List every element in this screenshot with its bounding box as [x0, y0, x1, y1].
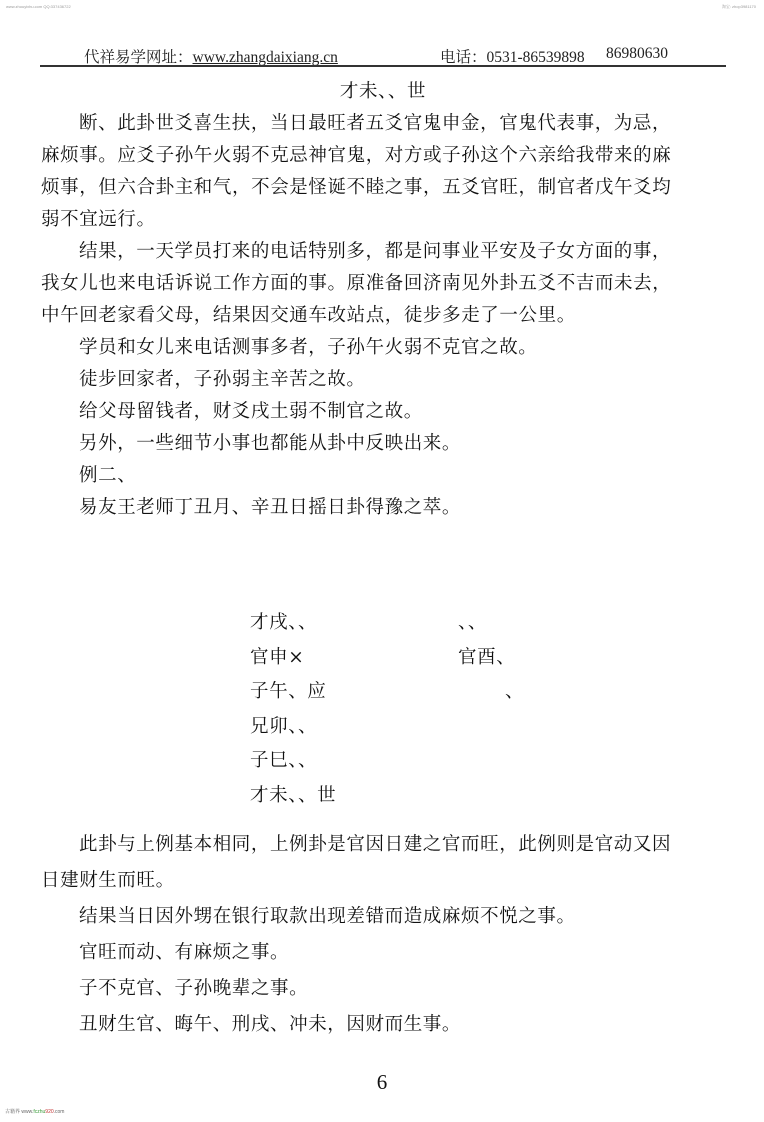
paragraph-line: 另外，一些细节小事也都能从卦中反映出来。 — [41, 428, 725, 460]
hexagram-line: 才未、、世 — [250, 779, 570, 814]
site-url-link[interactable]: www.zhangdaixiang.cn — [193, 49, 338, 66]
hexagram-line: 子午、应、 — [250, 675, 570, 710]
watermark-suffix: .com — [54, 1109, 65, 1115]
paragraph-line: 日建财生而旺。 — [41, 863, 725, 899]
paragraph-line: 弱不宜远行。 — [41, 204, 725, 236]
paragraph-line: 中午回老家看父母，结果因交通车改站点，徒步多走了一公里。 — [41, 300, 725, 332]
watermark-top-right: 淘宝: zhop3981170 — [722, 4, 756, 10]
hexagram-line: 子巳、、 — [250, 744, 570, 779]
hexagram-original-yao: 才戌、、 — [250, 612, 317, 633]
watermark-bottom-left: 古籍界 www.fczhu920.com — [5, 1108, 64, 1115]
paragraph-line: 我女儿也来电话诉说工作方面的事。原准备回济南见外卦五爻不吉而未去， — [41, 268, 725, 300]
hexagram-original-yao: 才未、、世 — [250, 785, 336, 806]
hexagram-original-yao: 子午、应 — [250, 681, 326, 702]
paragraph-line: 断、此卦世爻喜生扶，当日最旺者五爻官鬼申金，官鬼代表事，为忌， — [41, 108, 725, 140]
site-info: 代祥易学网址：www.zhangdaixiang.cn — [84, 45, 338, 67]
paragraph-line: 此卦与上例基本相同，上例卦是官因日建之官而旺，此例则是官动又因 — [41, 827, 725, 863]
phone-primary: 电话：0531-86539898 — [440, 45, 585, 67]
hexagram-original-yao: 官申× — [250, 647, 304, 668]
document-body-bottom: 此卦与上例基本相同，上例卦是官因日建之官而旺，此例则是官动又因日建财生而旺。结果… — [41, 827, 725, 1043]
paragraph-line: 给父母留钱者，财爻戌土弱不制官之故。 — [41, 396, 725, 428]
hexagram-line: 才戌、、、、 — [250, 606, 570, 641]
paragraph-line: 学员和女儿来电话测事多者，子孙午火弱不克官之故。 — [41, 332, 725, 364]
hexagram-line: 兄卯、、 — [250, 710, 570, 745]
page-header: 代祥易学网址：www.zhangdaixiang.cn 电话：0531-8653… — [40, 40, 724, 66]
document-body-top: 才未、、世断、此卦世爻喜生扶，当日最旺者五爻官鬼申金，官鬼代表事，为忌，麻烦事。… — [41, 76, 725, 524]
hexagram-changed-yao: 官酉、 — [458, 641, 515, 676]
paragraph-line: 结果当日因外甥在银行取款出现差错而造成麻烦不悦之事。 — [41, 899, 725, 935]
watermark-red: 920 — [45, 1109, 53, 1115]
header-divider — [40, 65, 726, 67]
hexagram-line: 官申×官酉、 — [250, 641, 570, 676]
paragraph-line: 烦事，但六合卦主和气，不会是怪诞不睦之事，五爻官旺，制官者戊午爻均 — [41, 172, 725, 204]
hexagram-layout: 才戌、、、、官申×官酉、子午、应、兄卯、、子巳、、才未、、世 — [250, 606, 570, 813]
phone-secondary: 86980630 — [606, 45, 668, 63]
paragraph-line: 徒步回家者，子孙弱主辛苦之故。 — [41, 364, 725, 396]
site-label: 代祥易学网址： — [84, 49, 193, 66]
hexagram-original-yao: 子巳、、 — [250, 750, 317, 771]
page-number: 6 — [0, 1070, 764, 1095]
paragraph-line: 才未、、世 — [41, 76, 725, 108]
hexagram-changed-yao: 、、 — [458, 606, 487, 641]
paragraph-line: 结果，一天学员打来的电话特别多，都是问事业平安及子女方面的事， — [41, 236, 725, 268]
paragraph-line: 子不克官、子孙晚辈之事。 — [41, 971, 725, 1007]
paragraph-line: 麻烦事。应爻子孙午火弱不克忌神官鬼，对方或子孙这个六亲给我带来的麻 — [41, 140, 725, 172]
paragraph-line: 丑财生官、晦午、刑戌、冲未，因财而生事。 — [41, 1007, 725, 1043]
paragraph-line: 易友王老师丁丑月、辛丑日摇日卦得豫之萃。 — [41, 492, 725, 524]
hexagram-original-yao: 兄卯、、 — [250, 716, 317, 737]
hexagram-changed-yao: 、 — [505, 675, 524, 710]
watermark-top-left: www.zhouyixhu.com QQ:337436722 — [6, 4, 71, 9]
paragraph-line: 例二、 — [41, 460, 725, 492]
watermark-prefix: 古籍界 www. — [5, 1109, 33, 1115]
watermark-green: fczhu — [33, 1109, 45, 1115]
paragraph-line: 官旺而动、有麻烦之事。 — [41, 935, 725, 971]
